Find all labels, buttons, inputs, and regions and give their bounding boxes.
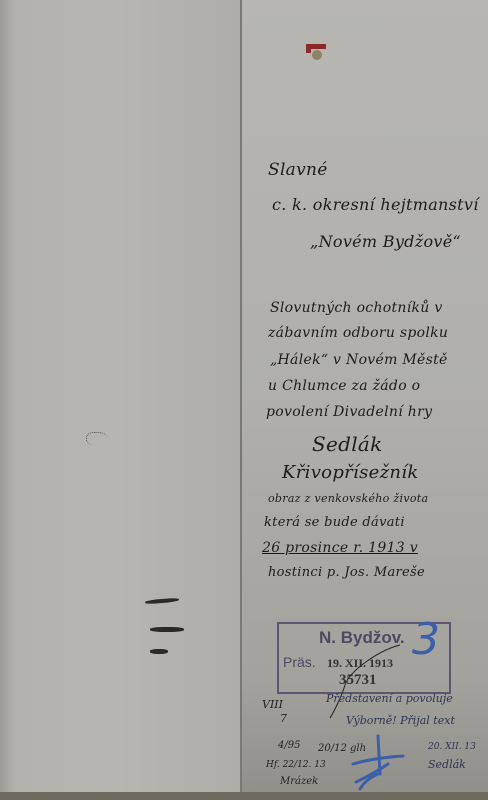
approval-note-line-2: Výborně! Přijal text xyxy=(346,714,455,727)
address-line-3: „Novém Bydžově“ xyxy=(310,232,461,251)
address-line-1: Slavné xyxy=(268,160,328,180)
approval-signature: Sedlák xyxy=(428,758,466,771)
ink-smudge xyxy=(145,598,179,605)
document-scan: Slavné c. k. okresní hejtmanství „Novém … xyxy=(0,0,488,800)
body-line: zábavním odboru spolku xyxy=(268,325,448,341)
body-line: u Chlumce za žádo o xyxy=(268,378,420,394)
body-line: povolení Divadelní hry xyxy=(266,404,432,420)
margin-note: Hf. 22/12. 13 xyxy=(266,760,326,770)
blue-pencil-number: 3 xyxy=(412,614,440,665)
ink-smudge xyxy=(150,627,184,632)
body-line: „Hálek“ v Novém Městě xyxy=(270,352,448,368)
ink-smudge xyxy=(150,649,168,654)
pen-stroke xyxy=(300,640,430,720)
blue-pencil-mark xyxy=(348,734,408,794)
play-subtitle: Křivopřísežník xyxy=(282,462,419,483)
play-description: obraz z venkovského života xyxy=(268,492,428,505)
margin-note: 4/95 xyxy=(278,740,300,751)
speckle-mark xyxy=(86,432,107,445)
play-title: Sedlák xyxy=(312,432,383,456)
wax-seal-fragment xyxy=(306,44,328,64)
margin-note: VIII xyxy=(262,698,283,711)
page-edge xyxy=(0,792,488,800)
approval-note-line-1: Představení a povoluje xyxy=(326,692,453,705)
approval-date: 20. XII. 13 xyxy=(428,742,476,752)
address-line-2: c. k. okresní hejtmanství xyxy=(272,195,479,214)
body-line: která se bude dávati xyxy=(264,515,405,530)
body-line: Slovutných ochotníků v xyxy=(270,300,443,316)
margin-signature: Mrázek xyxy=(280,776,318,787)
left-page-blank xyxy=(0,0,240,796)
body-line: hostinci p. Jos. Mareše xyxy=(268,565,425,580)
margin-note: 7 xyxy=(280,712,287,725)
performance-date: 26 prosince r. 1913 v xyxy=(262,540,418,556)
